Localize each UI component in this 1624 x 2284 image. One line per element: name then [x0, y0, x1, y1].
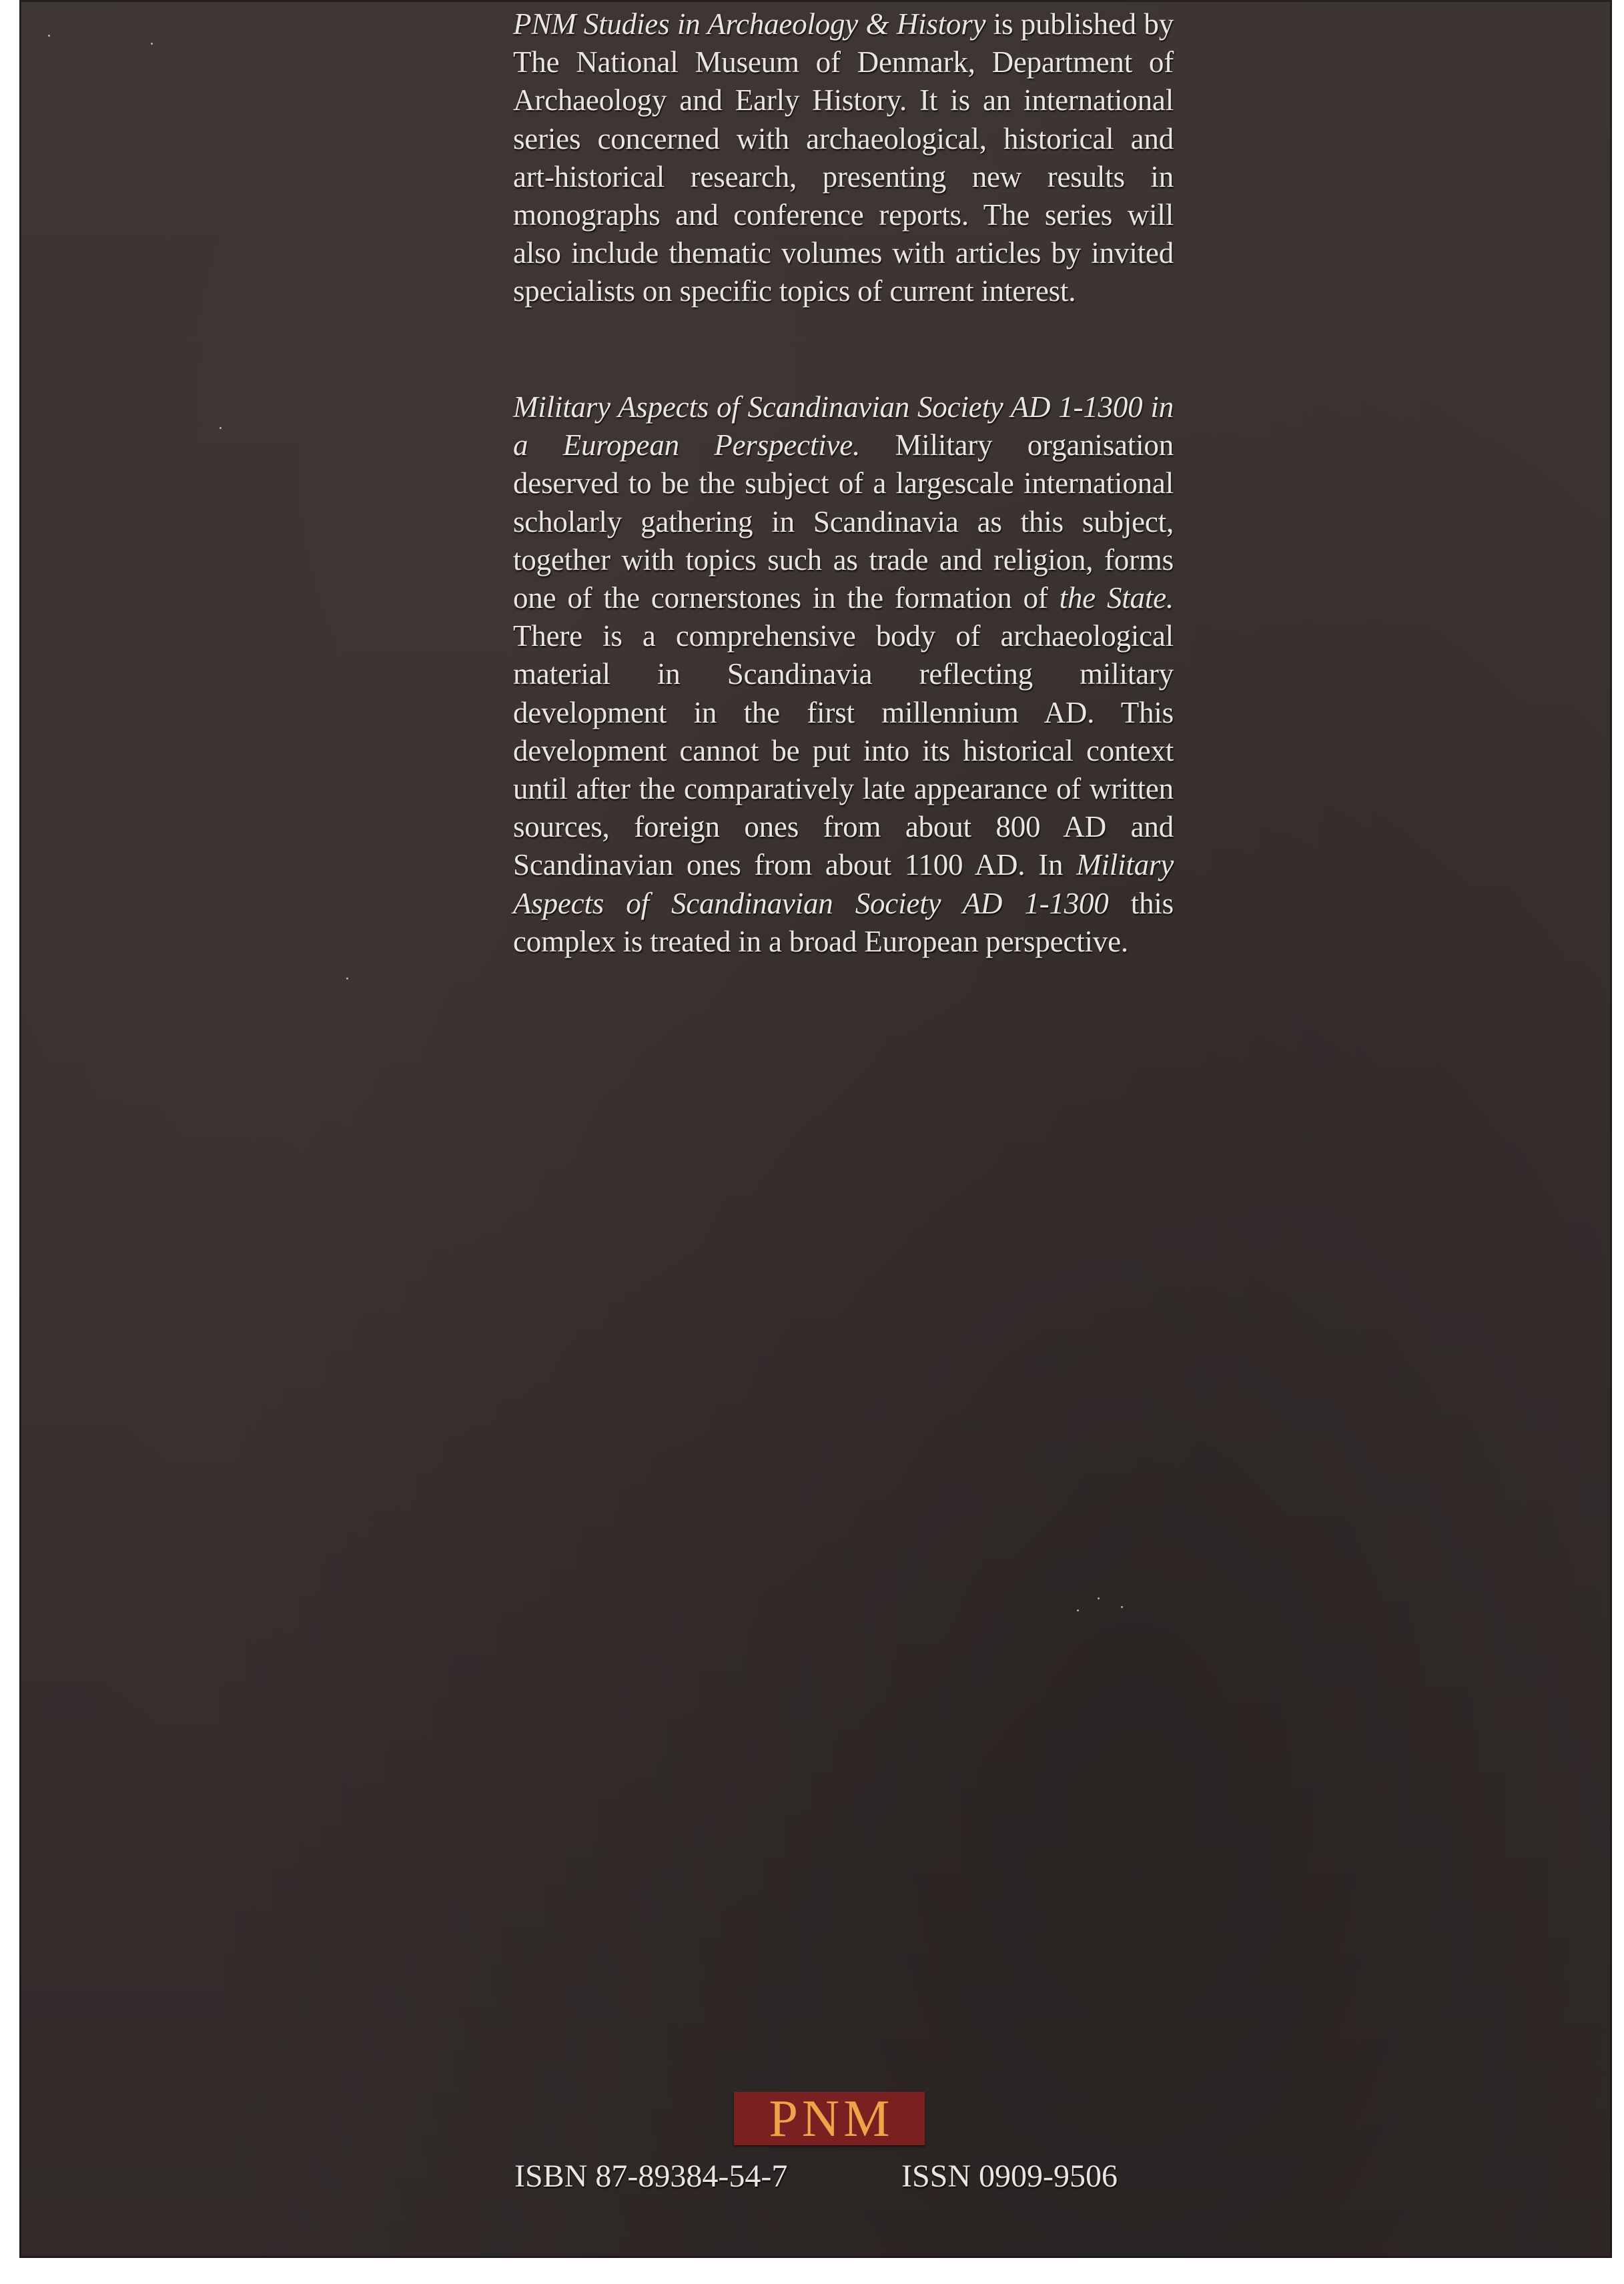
series-description-paragraph: PNM Studies in Archaeology & History is … — [513, 5, 1174, 311]
scan-speck — [1121, 1606, 1123, 1608]
scan-speck — [220, 427, 222, 429]
pnm-logo: PNM — [734, 2092, 925, 2145]
series-description-text: is published by The National Museum of D… — [513, 7, 1174, 308]
book-description-paragraph: Military Aspects of Scandinavian Society… — [513, 388, 1174, 961]
pnm-logo-text: PNM — [765, 2092, 893, 2145]
scan-speck — [151, 43, 153, 45]
book-back-cover: PNM Studies in Archaeology & History is … — [19, 0, 1612, 2258]
scan-speck — [346, 978, 348, 980]
issn-number: ISSN 0909-9506 — [901, 2157, 1118, 2197]
publication-codes: ISBN 87-89384-54-7 ISSN 0909-9506 — [514, 2157, 1142, 2197]
series-title: PNM Studies in Archaeology & History — [513, 7, 985, 41]
book-description-text-2: There is a comprehensive body of archaeo… — [513, 619, 1174, 881]
scan-speck — [1098, 1597, 1100, 1599]
isbn-number: ISBN 87-89384-54-7 — [514, 2157, 787, 2197]
scan-speck — [48, 35, 50, 37]
scan-speck — [1077, 1609, 1079, 1611]
the-state-emphasis: the State. — [1060, 581, 1174, 615]
